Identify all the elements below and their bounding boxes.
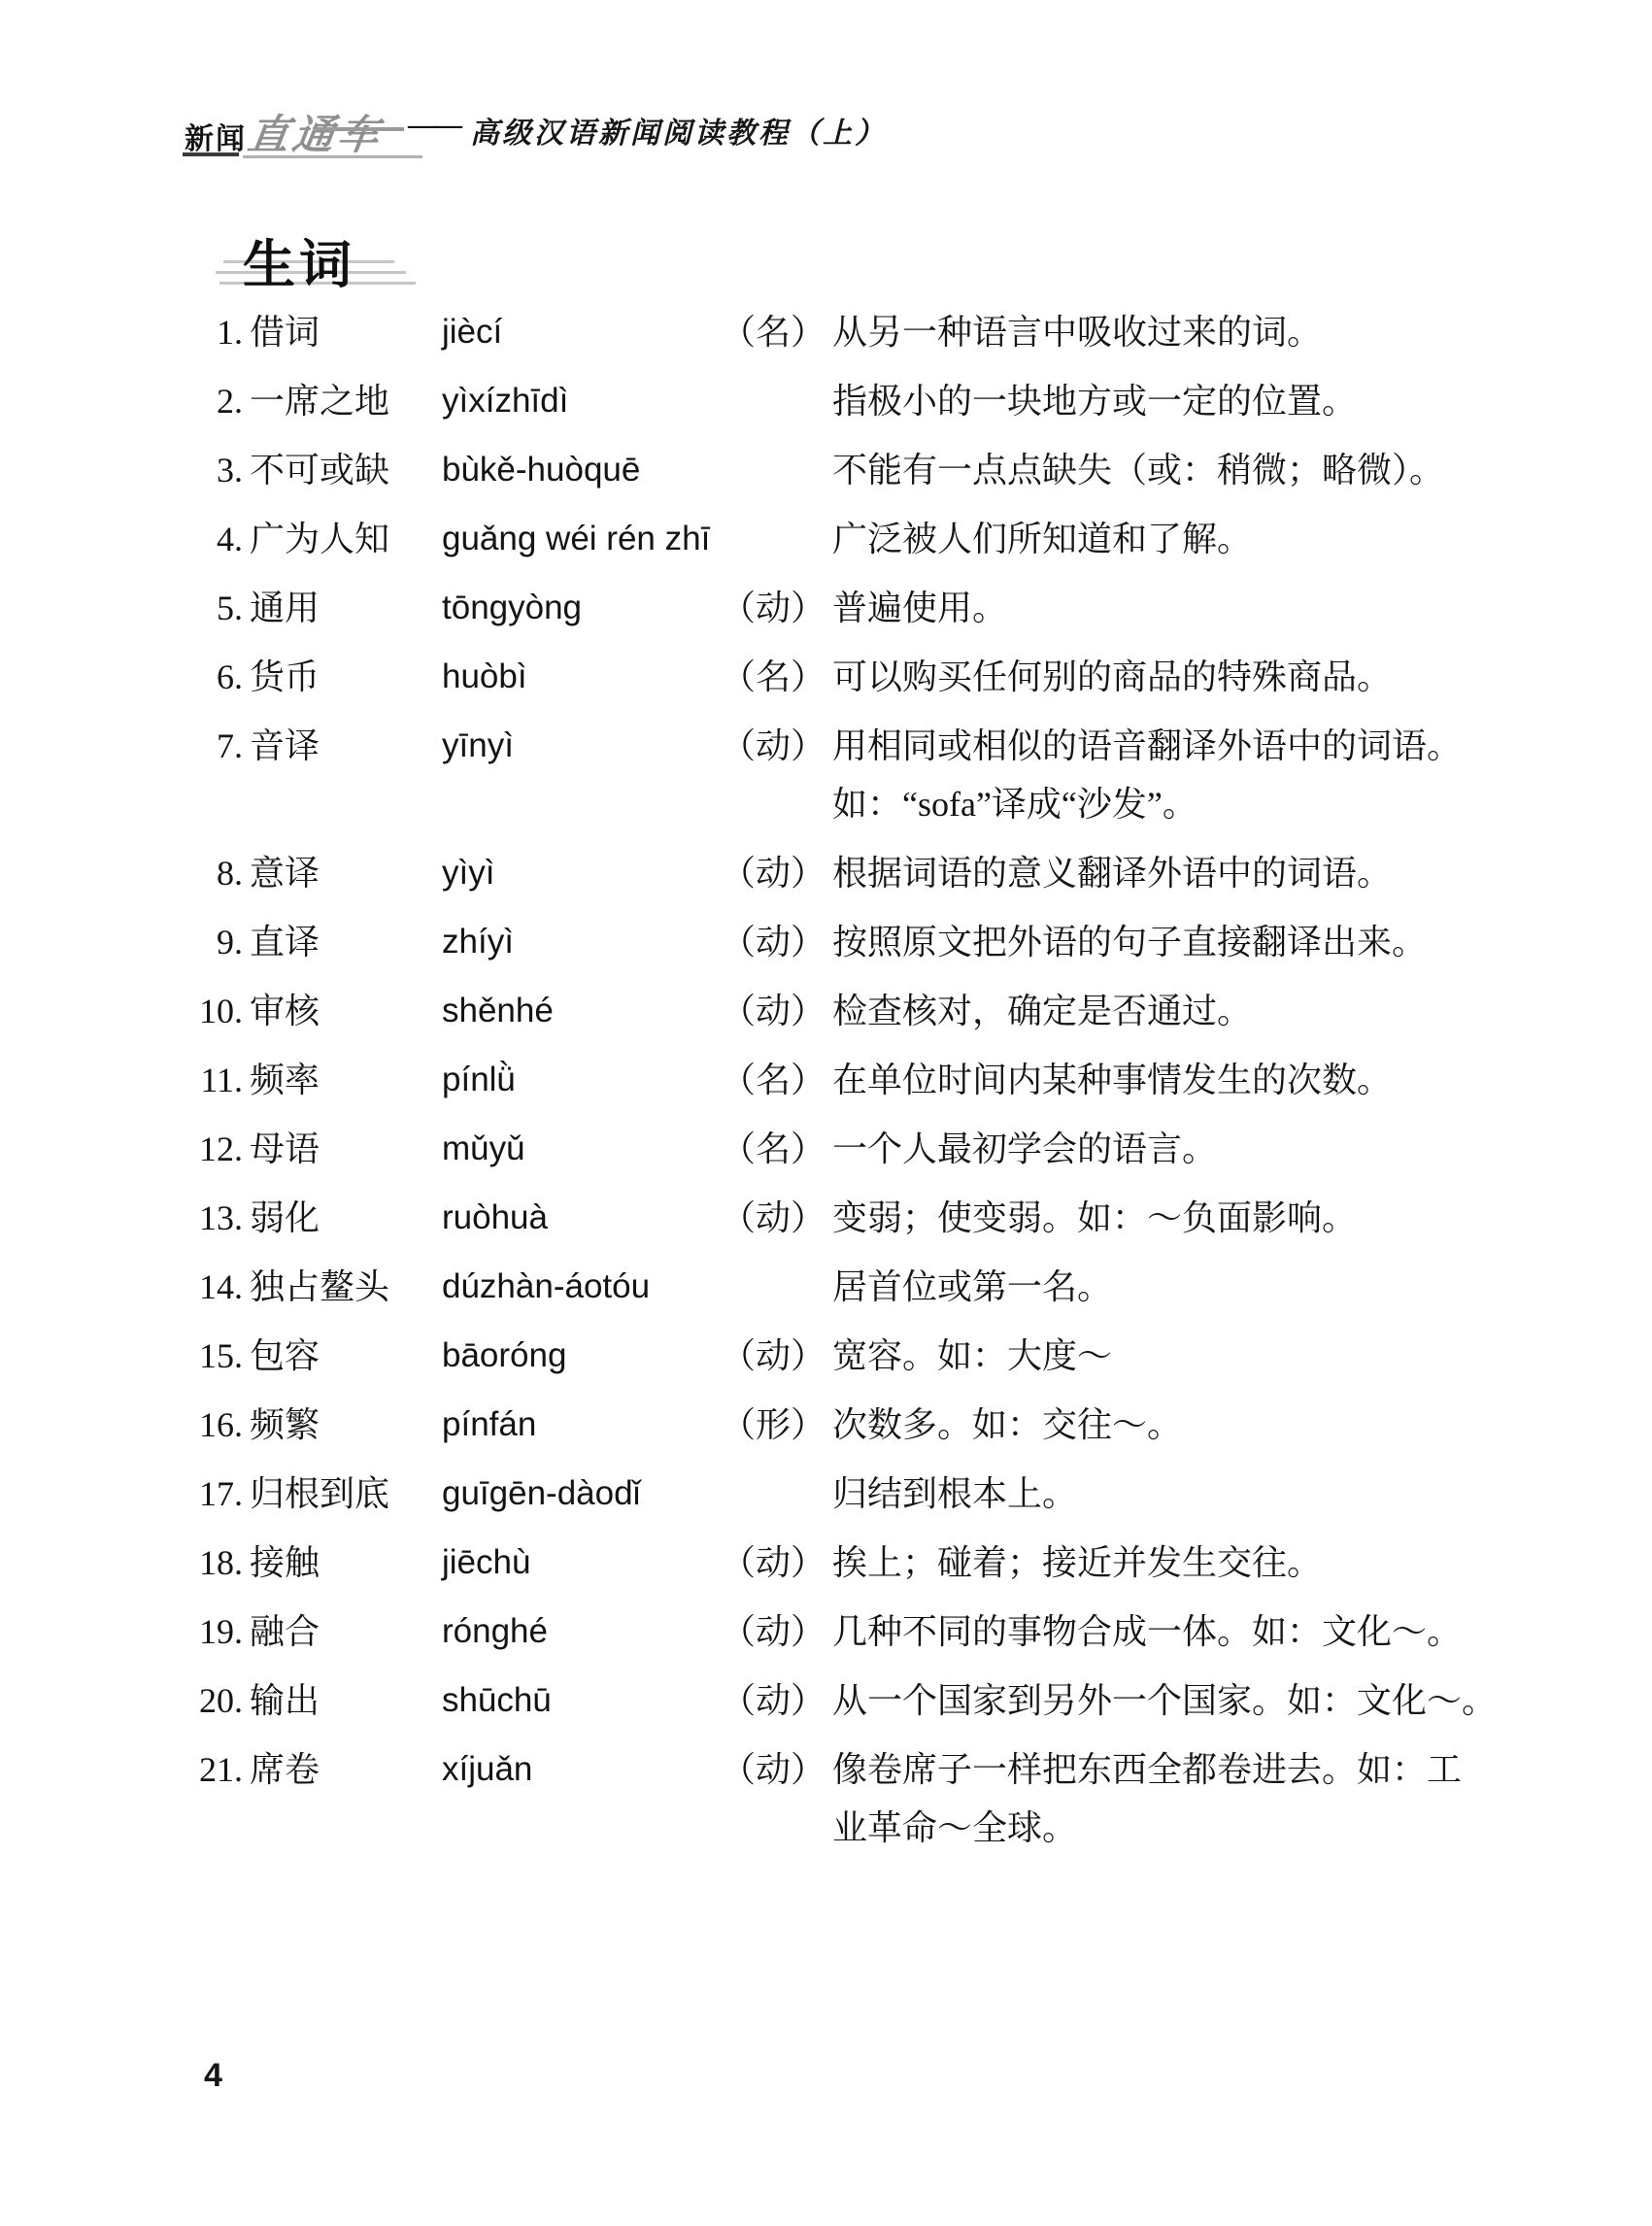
entry-word: 通用 xyxy=(250,579,442,637)
entry-part-of-speech: （名） xyxy=(721,1051,832,1109)
entry-definition: 挨上；碰着；接近并发生交往。 xyxy=(832,1534,1570,1592)
vocab-entry-row: 16. 频繁 pínfán （形） 次数多。如：交往～。 xyxy=(194,1396,1652,1454)
entry-definition: 归结到根本上。 xyxy=(832,1465,1570,1523)
running-header: 新闻 直通车 —— 高级汉语新闻阅读教程（上） xyxy=(0,0,1652,175)
vocab-entry-row: 3. 不可或缺 bùkě-huòquē 不能有一点点缺失（或：稍微；略微）。 xyxy=(194,441,1652,499)
vocab-entry-row: 10. 审核 shěnhé （动） 检查核对，确定是否通过。 xyxy=(194,982,1652,1040)
entry-word: 包容 xyxy=(250,1327,442,1385)
entry-number: 6. xyxy=(194,648,243,706)
entry-word: 弱化 xyxy=(250,1189,442,1247)
entry-word: 频繁 xyxy=(250,1396,442,1454)
vocab-entry-row: 8. 意译 yìyì （动） 根据词语的意义翻译外语中的词语。 xyxy=(194,844,1652,902)
brand-rule-line xyxy=(313,127,404,131)
section-title: 生词 xyxy=(243,223,355,298)
vocab-entry-row: 7. 音译 yīnyì （动） 用相同或相似的语音翻译外语中的词语。 如：“so… xyxy=(194,717,1652,833)
entry-word: 意译 xyxy=(250,844,442,902)
section-heading: 生词 xyxy=(0,221,486,299)
entry-pinyin: yìyì xyxy=(442,844,721,902)
entry-number: 4. xyxy=(194,510,243,568)
entry-part-of-speech: （动） xyxy=(721,1671,832,1730)
entry-pinyin: tōngyòng xyxy=(442,579,721,637)
entry-definition: 可以购买任何别的商品的特殊商品。 xyxy=(832,648,1570,706)
entry-pinyin: jiècí xyxy=(442,303,721,361)
entry-part-of-speech: （动） xyxy=(721,1740,832,1799)
vocab-entry-row: 20. 输出 shūchū （动） 从一个国家到另外一个国家。如：文化～。 xyxy=(194,1671,1652,1730)
vocab-entry-row: 19. 融合 rónghé （动） 几种不同的事物合成一体。如：文化～。 xyxy=(194,1602,1652,1661)
vocab-entry-row: 9. 直译 zhíyì （动） 按照原文把外语的句子直接翻译出来。 xyxy=(194,913,1652,971)
vocab-entry-row: 14. 独占鳌头 dúzhàn-áotóu 居首位或第一名。 xyxy=(194,1258,1652,1316)
entry-definition: 广泛被人们所知道和了解。 xyxy=(832,510,1570,568)
vocab-entry-row: 17. 归根到底 guīgēn-dàodǐ 归结到根本上。 xyxy=(194,1465,1652,1523)
entry-pinyin: shūchū xyxy=(442,1671,721,1730)
vocab-entry-row: 21. 席卷 xíjuǎn （动） 像卷席子一样把东西全都卷进去。如：工 业革命… xyxy=(194,1740,1652,1857)
entry-definition: 指极小的一块地方或一定的位置。 xyxy=(832,372,1570,430)
vocab-list: 1. 借词 jiècí （名） 从另一种语言中吸收过来的词。 2. 一席之地 y… xyxy=(0,303,1652,1868)
entry-number: 10. xyxy=(194,982,243,1040)
entry-pinyin: jiēchù xyxy=(442,1534,721,1592)
entry-definition: 用相同或相似的语音翻译外语中的词语。 如：“sofa”译成“沙发”。 xyxy=(832,717,1570,833)
entry-number: 17. xyxy=(194,1465,243,1523)
entry-pinyin: guīgēn-dàodǐ xyxy=(442,1465,721,1523)
entry-number: 13. xyxy=(194,1189,243,1247)
entry-word: 席卷 xyxy=(250,1740,442,1799)
entry-word: 归根到底 xyxy=(250,1465,442,1523)
entry-definition: 宽容。如：大度～ xyxy=(832,1327,1570,1385)
entry-word: 母语 xyxy=(250,1120,442,1178)
entry-part-of-speech: （动） xyxy=(721,1602,832,1661)
entry-word: 不可或缺 xyxy=(250,441,442,499)
entry-pinyin: huòbì xyxy=(442,648,721,706)
entry-pinyin: shěnhé xyxy=(442,982,721,1040)
entry-definition: 根据词语的意义翻译外语中的词语。 xyxy=(832,844,1570,902)
vocab-entry-row: 4. 广为人知 guǎng wéi rén zhī 广泛被人们所知道和了解。 xyxy=(194,510,1652,568)
entry-number: 11. xyxy=(194,1051,243,1109)
entry-word: 接触 xyxy=(250,1534,442,1592)
entry-number: 5. xyxy=(194,579,243,637)
entry-number: 1. xyxy=(194,303,243,361)
entry-definition: 一个人最初学会的语言。 xyxy=(832,1120,1570,1178)
entry-pinyin: pínfán xyxy=(442,1396,721,1454)
entry-part-of-speech: （动） xyxy=(721,717,832,775)
entry-pinyin: ruòhuà xyxy=(442,1189,721,1247)
entry-part-of-speech: （动） xyxy=(721,844,832,902)
entry-word: 输出 xyxy=(250,1671,442,1730)
entry-part-of-speech: （动） xyxy=(721,913,832,971)
entry-part-of-speech: （动） xyxy=(721,579,832,637)
vocab-entry-row: 6. 货币 huòbì （名） 可以购买任何别的商品的特殊商品。 xyxy=(194,648,1652,706)
entry-definition: 按照原文把外语的句子直接翻译出来。 xyxy=(832,913,1570,971)
entry-number: 2. xyxy=(194,372,243,430)
vocab-entry-row: 1. 借词 jiècí （名） 从另一种语言中吸收过来的词。 xyxy=(194,303,1652,361)
vocab-entry-row: 18. 接触 jiēchù （动） 挨上；碰着；接近并发生交往。 xyxy=(194,1534,1652,1592)
book-title: 高级汉语新闻阅读教程（上） xyxy=(470,109,887,152)
entry-part-of-speech: （名） xyxy=(721,303,832,361)
entry-definition: 不能有一点点缺失（或：稍微；略微）。 xyxy=(832,441,1570,499)
vocab-entry-row: 12. 母语 mǔyǔ （名） 一个人最初学会的语言。 xyxy=(194,1120,1652,1178)
vocab-entry-row: 11. 频率 pínlǜ （名） 在单位时间内某种事情发生的次数。 xyxy=(194,1051,1652,1109)
brand-logo-zhitongche: 直通车 xyxy=(245,103,387,161)
entry-number: 16. xyxy=(194,1396,243,1454)
entry-definition: 从另一种语言中吸收过来的词。 xyxy=(832,303,1570,361)
entry-part-of-speech: （动） xyxy=(721,1189,832,1247)
textbook-page: 新闻 直通车 —— 高级汉语新闻阅读教程（上） 生词 1. 借词 jiècí （… xyxy=(0,0,1652,2226)
vocab-entry-row: 5. 通用 tōngyòng （动） 普遍使用。 xyxy=(194,579,1652,637)
entry-pinyin: yìxízhīdì xyxy=(442,372,721,430)
entry-definition: 几种不同的事物合成一体。如：文化～。 xyxy=(832,1602,1570,1661)
entry-number: 12. xyxy=(194,1120,243,1178)
entry-pinyin: xíjuǎn xyxy=(442,1740,721,1799)
entry-word: 独占鳌头 xyxy=(250,1258,442,1316)
entry-number: 21. xyxy=(194,1740,243,1799)
entry-word: 广为人知 xyxy=(250,510,442,568)
entry-definition: 普遍使用。 xyxy=(832,579,1570,637)
entry-part-of-speech: （名） xyxy=(721,648,832,706)
entry-pinyin: pínlǜ xyxy=(442,1051,721,1109)
entry-word: 货币 xyxy=(250,648,442,706)
entry-pinyin: mǔyǔ xyxy=(442,1120,721,1178)
entry-pinyin: bùkě-huòquē xyxy=(442,441,721,499)
brand-logo-xinwen: 新闻 xyxy=(185,115,247,157)
entry-pinyin: bāoróng xyxy=(442,1327,721,1385)
entry-number: 19. xyxy=(194,1602,243,1661)
entry-part-of-speech: （形） xyxy=(721,1396,832,1454)
entry-pinyin: rónghé xyxy=(442,1602,721,1661)
entry-word: 融合 xyxy=(250,1602,442,1661)
entry-definition: 像卷席子一样把东西全都卷进去。如：工 业革命～全球。 xyxy=(832,1740,1570,1857)
entry-part-of-speech: （动） xyxy=(721,1327,832,1385)
entry-definition: 居首位或第一名。 xyxy=(832,1258,1570,1316)
entry-word: 审核 xyxy=(250,982,442,1040)
entry-definition: 检查核对，确定是否通过。 xyxy=(832,982,1570,1040)
entry-definition: 次数多。如：交往～。 xyxy=(832,1396,1570,1454)
entry-definition: 在单位时间内某种事情发生的次数。 xyxy=(832,1051,1570,1109)
entry-number: 14. xyxy=(194,1258,243,1316)
entry-number: 18. xyxy=(194,1534,243,1592)
entry-number: 3. xyxy=(194,441,243,499)
entry-word: 直译 xyxy=(250,913,442,971)
entry-definition: 从一个国家到另外一个国家。如：文化～。 xyxy=(832,1671,1570,1730)
entry-part-of-speech: （动） xyxy=(721,1534,832,1592)
brand-underline-dark xyxy=(183,152,239,156)
entry-word: 一席之地 xyxy=(250,372,442,430)
entry-number: 9. xyxy=(194,913,243,971)
entry-part-of-speech: （动） xyxy=(721,982,832,1040)
entry-number: 7. xyxy=(194,717,243,775)
entry-part-of-speech: （名） xyxy=(721,1120,832,1178)
header-dash: —— xyxy=(408,109,458,142)
vocab-entry-row: 13. 弱化 ruòhuà （动） 变弱；使变弱。如：～负面影响。 xyxy=(194,1189,1652,1247)
page-number: 4 xyxy=(204,2057,222,2095)
entry-word: 音译 xyxy=(250,717,442,775)
entry-pinyin: yīnyì xyxy=(442,717,721,775)
entry-definition: 变弱；使变弱。如：～负面影响。 xyxy=(832,1189,1570,1247)
entry-word: 频率 xyxy=(250,1051,442,1109)
entry-number: 20. xyxy=(194,1671,243,1730)
entry-pinyin: dúzhàn-áotóu xyxy=(442,1258,721,1316)
entry-word: 借词 xyxy=(250,303,442,361)
vocab-entry-row: 15. 包容 bāoróng （动） 宽容。如：大度～ xyxy=(194,1327,1652,1385)
entry-pinyin: guǎng wéi rén zhī xyxy=(442,510,721,568)
entry-number: 8. xyxy=(194,844,243,902)
vocab-entry-row: 2. 一席之地 yìxízhīdì 指极小的一块地方或一定的位置。 xyxy=(194,372,1652,430)
entry-pinyin: zhíyì xyxy=(442,913,721,971)
entry-number: 15. xyxy=(194,1327,243,1385)
